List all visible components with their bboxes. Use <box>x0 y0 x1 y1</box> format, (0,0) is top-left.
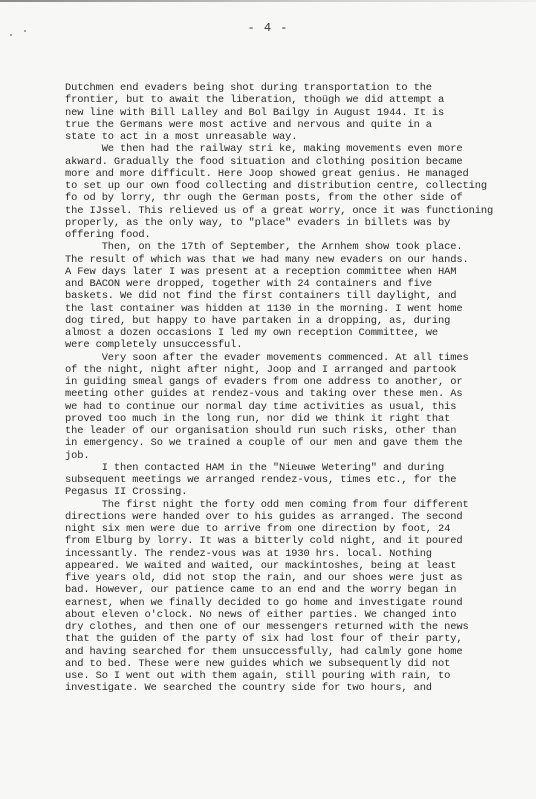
text-line: properly, as the only way, to "place" ev… <box>65 217 535 229</box>
text-line: baskets. We did not find the first conta… <box>65 290 535 302</box>
text-line: frontier, but to await the liberation, t… <box>65 94 535 106</box>
text-line: state to act in a most unreasable way. <box>65 131 535 143</box>
text-line: directions were handed over to his guide… <box>65 511 535 523</box>
text-line: the leader of our organisation should ru… <box>65 425 535 437</box>
text-line: We then had the railway stri ke, making … <box>65 143 535 155</box>
text-line: in guiding smeal gangs of evaders from o… <box>65 376 535 388</box>
text-line: offering food. <box>65 229 535 241</box>
text-line: and BACON were dropped, together with 24… <box>65 278 535 290</box>
text-line: akward. Gradually the food situation and… <box>65 156 535 168</box>
text-line: I then contacted HAM in the "Nieuwe Wete… <box>65 462 535 474</box>
text-line: fo od by lorry, thr ough the German post… <box>65 192 535 204</box>
text-line: The result of which was that we had many… <box>65 254 535 266</box>
text-line: job. <box>65 450 535 462</box>
document-body: Dutchmen end evaders being shot during t… <box>65 82 535 695</box>
text-line: proved too much in the long run, nor did… <box>65 413 535 425</box>
text-line: more and more difficult. Here Joop showe… <box>65 168 535 180</box>
text-line: earnest, when we finally decided to go h… <box>65 597 535 609</box>
text-line: Dutchmen end evaders being shot during t… <box>65 82 535 94</box>
text-line: and having searched for them unsuccessfu… <box>65 646 535 658</box>
text-line: dog tired, but happy to have partaken in… <box>65 315 535 327</box>
text-line: night six men were due to arrive from on… <box>65 523 535 535</box>
text-line: Pegasus II Crossing. <box>65 486 535 498</box>
text-line: incessantly. The rendez-vous was at 1930… <box>65 548 535 560</box>
text-line: and to bed. These were new guides which … <box>65 658 535 670</box>
text-line: from Elburg by lorry. It was a bitterly … <box>65 535 535 547</box>
text-line: in emergency. So we trained a couple of … <box>65 437 535 449</box>
text-line: investigate. We searched the country sid… <box>65 682 535 694</box>
text-line: about eleven o'clock. No news of either … <box>65 609 535 621</box>
text-line: meeting other guides at rendez-vous and … <box>65 388 535 400</box>
text-line: of the night, night after night, Joop an… <box>65 364 535 376</box>
text-line: use. So I went out with them again, stil… <box>65 670 535 682</box>
text-line: The first night the forty odd men coming… <box>65 499 535 511</box>
text-line: subsequent meetings we arranged rendez-v… <box>65 474 535 486</box>
text-line: Very soon after the evader movements com… <box>65 352 535 364</box>
text-line: dry clothes, and then one of our messeng… <box>65 621 535 633</box>
text-line: to set up our own food collecting and di… <box>65 180 535 192</box>
text-line: Then, on the 17th of September, the Arnh… <box>65 241 535 253</box>
text-line: the IJssel. This relieved us of a great … <box>65 205 535 217</box>
text-line: we had to continue our normal day time a… <box>65 401 535 413</box>
text-line: A Few days later I was present at a rece… <box>65 266 535 278</box>
page-number: - 4 - <box>0 21 536 35</box>
text-line: bad. However, our patience came to an en… <box>65 584 535 596</box>
text-line: true the Germans were most active and ne… <box>65 119 535 131</box>
text-line: that the guiden of the party of six had … <box>65 633 535 645</box>
text-line: new line with Bill Lalley and Bol Bailgy… <box>65 107 535 119</box>
text-line: the last container was hidden at 1130 in… <box>65 303 535 315</box>
scan-top-edge <box>0 0 536 2</box>
text-line: almost a dozen occasions I led my own re… <box>65 327 535 339</box>
text-line: appeared. We waited and waited, our mack… <box>65 560 535 572</box>
text-line: five years old, did not stop the rain, a… <box>65 572 535 584</box>
text-line: were completely unsuccessful. <box>65 339 535 351</box>
